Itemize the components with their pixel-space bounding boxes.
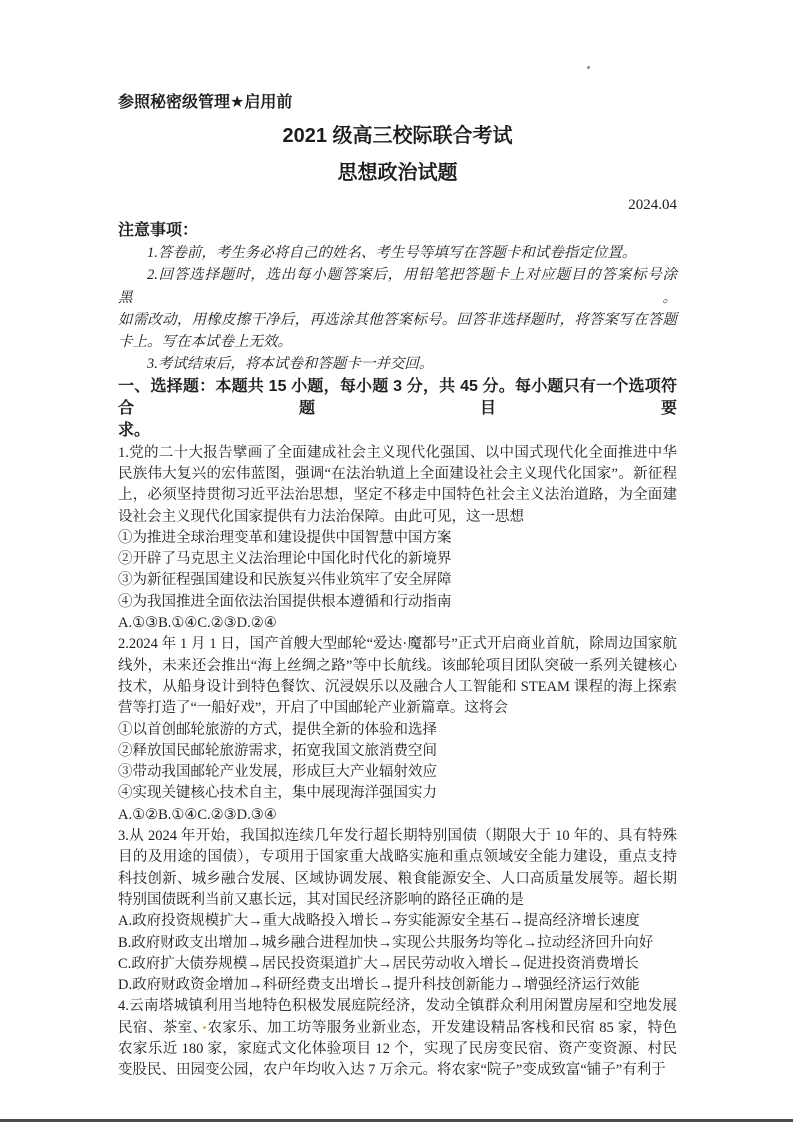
question-2-answer-options: A.①②B.①④C.②③D.③④: [118, 805, 677, 826]
subject-title: 思想政治试题: [118, 162, 677, 185]
question-2-statement-2: ②释放国民邮轮旅游需求，拓宽我国文旅消费空间: [118, 741, 677, 762]
question-1-stem-line: 1.党的二十大报告擘画了全面建成社会主义现代化强国、以中国式现代化全面推进中华: [118, 443, 677, 464]
question-2: 2.2024 年 1 月 1 日，国产首艘大型邮轮“爱达·魔都号”正式开启商业首…: [118, 634, 677, 826]
question-1-stem-line: 设社会主义现代化国家提供有力法治保障。由此可见，这一思想: [118, 507, 677, 528]
question-1-statement-2: ②开辟了马克思主义法治理论中国化时代化的新境界: [118, 549, 677, 570]
notice-item-2-continued: 如需改动，用橡皮擦干净后，再选涂其他答案标号。回答非选择题时，将答案写在答题: [118, 309, 677, 331]
notice-item-2: 2.回答选择题时，选出每小题答案后，用铅笔把答题卡上对应题目的答案标号涂黑。: [118, 264, 677, 309]
page-content: 参照秘密级管理★启用前 2021 级高三校际联合考试 思想政治试题 2024.0…: [118, 93, 677, 1082]
question-2-stem-line: 线外，未来还会推出“海上丝绸之路”等中长航线。该邮轮项目团队突破一系列关键核心: [118, 656, 677, 677]
question-3-option-b: B.政府财政支出增加→城乡融合进程加快→实现公共服务均等化→拉动经济回升向好: [118, 933, 677, 954]
exam-paper-page: 参照秘密级管理★启用前 2021 级高三校际联合考试 思想政治试题 2024.0…: [0, 0, 793, 1122]
question-3-option-a: A.政府投资规模扩大→重大战略投入增长→夯实能源安全基石→提高经济增长速度: [118, 911, 677, 932]
question-2-stem-line: 2.2024 年 1 月 1 日，国产首艘大型邮轮“爱达·魔都号”正式开启商业首…: [118, 634, 677, 655]
notice-item-3: 3.考试结束后，将本试卷和答题卡一并交回。: [118, 353, 677, 375]
question-2-statement-1: ①以首创邮轮旅游的方式，提供全新的体验和选择: [118, 720, 677, 741]
question-2-stem-line: 技术，从船身设计到特色餐饮、沉浸娱乐以及融合人工智能和 STEAM 课程的海上探…: [118, 677, 677, 698]
question-1-statement-1: ①为推进全球治理变革和建设提供中国智慧中国方案: [118, 528, 677, 549]
question-4-stem-line: 变股民、田园变公园，农户年均收入达 7 万余元。将农家“院子”变成致富“铺子”有…: [118, 1060, 677, 1081]
section-1-heading-line-2: 求。: [118, 420, 677, 442]
section-1-heading-line-1: 一、选择题：本题共 15 小题，每小题 3 分，共 45 分。每小题只有一个选项…: [118, 376, 677, 421]
artifact-dot-gray: [587, 66, 590, 69]
question-3-stem-line: 3.从 2024 年开始，我国拟连续几年发行超长期特别国债（期限大于 10 年的…: [118, 826, 677, 847]
question-4-stem-line: 民宿、茶室、农家乐、加工坊等服务业新业态，开发建设精品客栈和民宿 85 家，特色: [118, 1018, 677, 1039]
question-2-statement-3: ③带动我国邮轮产业发展，形成巨大产业辐射效应: [118, 762, 677, 783]
question-1-answer-options: A.①③B.①④C.②③D.②④: [118, 613, 677, 634]
question-4-stem-line: 农家乐近 180 家，家庭式文化体验项目 12 个，实现了民房变民宿、资产变资源…: [118, 1039, 677, 1060]
notice-heading: 注意事项：: [118, 220, 677, 242]
question-3-option-c: C.政府扩大债券规模→居民投资渠道扩大→居民劳动收入增长→促进投资消费增长: [118, 954, 677, 975]
question-1-statement-4: ④为我国推进全面依法治国提供根本遵循和行动指南: [118, 592, 677, 613]
question-1: 1.党的二十大报告擘画了全面建成社会主义现代化强国、以中国式现代化全面推进中华 …: [118, 443, 677, 635]
question-4-stem-line: 4.云南塔城镇利用当地特色积极发展庭院经济，发动全镇群众利用闲置房屋和空地发展: [118, 996, 677, 1017]
security-classification-label: 参照秘密级管理★启用前: [118, 93, 677, 112]
notice-item-2-continued-2: 卡上。写在本试卷上无效。: [118, 331, 677, 353]
question-2-stem-line: 营等打造了“一船好戏”，开启了中国邮轮产业新篇章。这将会: [118, 698, 677, 719]
notice-item-1: 1.答卷前，考生务必将自己的姓名、考生号等填写在答题卡和试卷指定位置。: [118, 242, 677, 264]
exam-title: 2021 级高三校际联合考试: [118, 125, 677, 148]
artifact-dot-yellow: [203, 1026, 206, 1029]
question-1-stem-line: 民族伟大复兴的宏伟蓝图，强调“在法治轨道上全面建设社会主义现代化国家”。新征程: [118, 464, 677, 485]
exam-date: 2024.04: [118, 197, 677, 214]
question-3-option-d: D.政府财政资金增加→科研经费支出增长→提升科技创新能力→增强经济运行效能: [118, 975, 677, 996]
question-4: 4.云南塔城镇利用当地特色积极发展庭院经济，发动全镇群众利用闲置房屋和空地发展 …: [118, 996, 677, 1081]
question-3: 3.从 2024 年开始，我国拟连续几年发行超长期特别国债（期限大于 10 年的…: [118, 826, 677, 996]
question-1-stem-line: 上，必须坚持贯彻习近平法治思想，坚定不移走中国特色社会主义法治道路，为全面建: [118, 485, 677, 506]
question-3-stem-line: 特别国债既利当前又惠长远，其对国民经济影响的路径正确的是: [118, 890, 677, 911]
question-1-statement-3: ③为新征程强国建设和民族复兴伟业筑牢了安全屏障: [118, 570, 677, 591]
question-3-stem-line: 目的及用途的国债），专项用于国家重大战略实施和重点领域安全能力建设，重点支持: [118, 847, 677, 868]
question-2-statement-4: ④实现关键核心技术自主，集中展现海洋强国实力: [118, 783, 677, 804]
question-3-stem-line: 科技创新、城乡融合发展、区域协调发展、粮食能源安全、人口高质量发展等。超长期: [118, 869, 677, 890]
